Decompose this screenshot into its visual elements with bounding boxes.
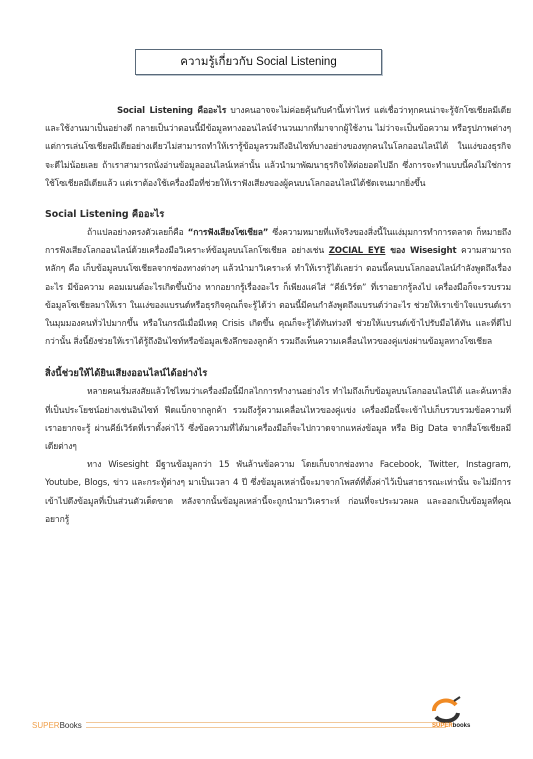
brand-books: Books	[60, 721, 82, 730]
zocial-eye-link[interactable]: ZOCIAL EYE	[329, 246, 386, 256]
footer-brand: SUPERBooks	[32, 721, 82, 730]
section-heading-how-it-helps: สิ่งนี้ช่วยให้ได้ยินเสียงออนไลน์ได้อย่าง…	[45, 365, 511, 383]
logo-books: books	[453, 723, 471, 729]
intro-lead: Social Listening คืออะไร	[117, 106, 226, 116]
document-page: ความรู้เกี่ยวกับ Social Listening Social…	[0, 0, 533, 759]
intro-paragraph: Social Listening คืออะไร บางคนอาจจะไม่ค่…	[45, 102, 511, 193]
intro-text: บางคนอาจจะไม่ค่อยคุ้นกับคำนี้เท่าไหร่ แต…	[45, 106, 511, 189]
document-body: Social Listening คืออะไร บางคนอาจจะไม่ค่…	[45, 102, 511, 529]
section2-paragraph-1: หลายคนเริ่มสงสัยแล้วใช่ไหมว่าเครื่องมือน…	[45, 383, 511, 456]
section2-paragraph-2: ทาง Wisesight มีฐานข้อมูลกว่า 15 พันล้าน…	[45, 456, 511, 529]
brand-super: SUPER	[32, 721, 60, 730]
bold-term: “การฟังเสียงโซเชียล”	[188, 228, 269, 238]
section-heading-what-is: Social Listening คืออะไร	[45, 206, 511, 224]
footer-divider	[86, 722, 446, 728]
text-span: ถ้าแปลอย่างตรงตัวเลยก็คือ	[87, 228, 188, 238]
logo-wordmark: SUPERbooks	[432, 723, 470, 729]
bold-term: ของ Wisesight	[385, 246, 456, 256]
text-span: ความสามารถหลักๆ คือ เก็บข้อมูลบนโซเชียลจ…	[45, 246, 511, 347]
logo-super: SUPER	[432, 723, 453, 729]
section1-paragraph: ถ้าแปลอย่างตรงตัวเลยก็คือ “การฟังเสียงโซ…	[45, 224, 511, 351]
page-title: ความรู้เกี่ยวกับ Social Listening	[135, 49, 382, 75]
